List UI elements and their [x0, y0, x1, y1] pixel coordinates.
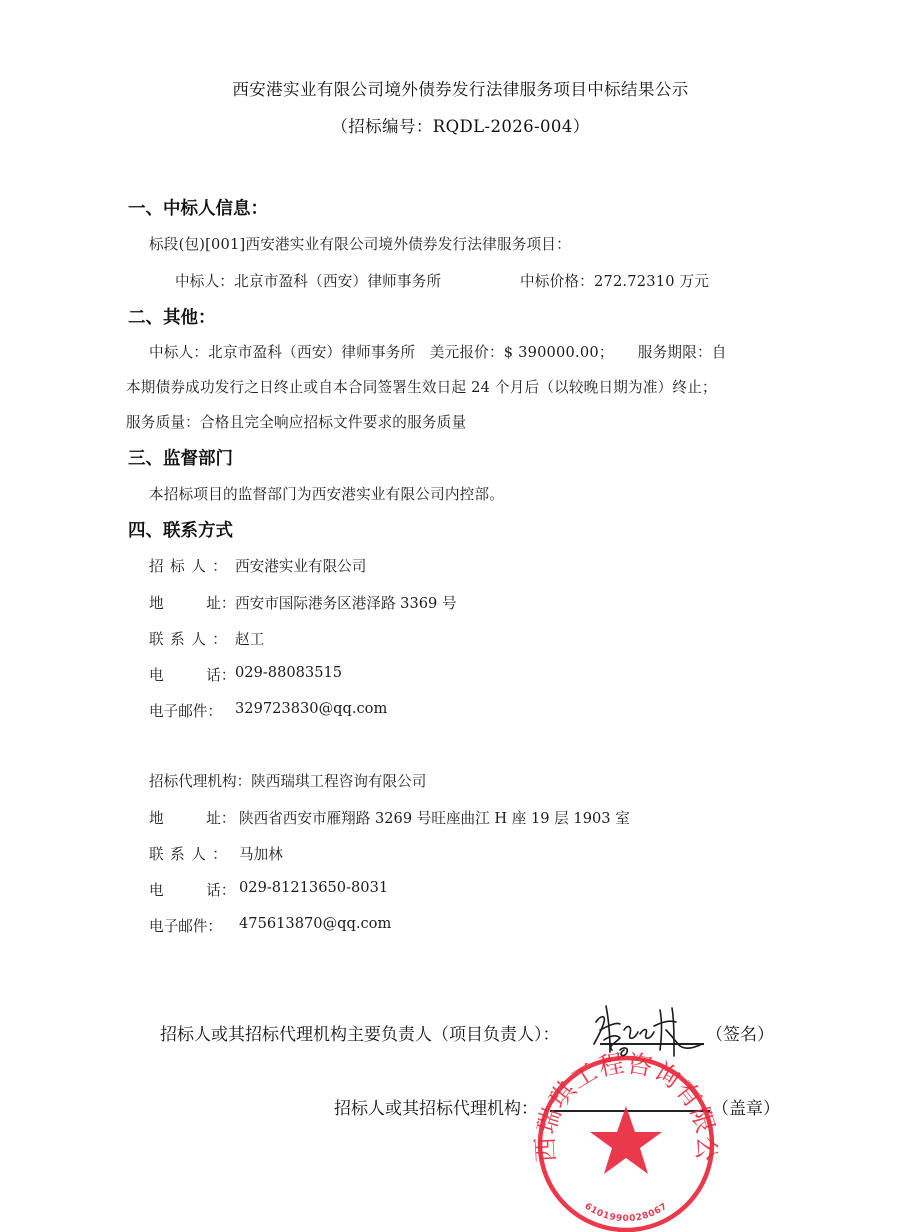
- agency-address-row: 地 址： 陕西省西安市雁翔路 3269 号旺座曲江 H 座 19 层 1903 …: [149, 807, 630, 828]
- section-heading-winner-info: 一、中标人信息：: [128, 195, 268, 220]
- seal-number: 6101990028067: [582, 1202, 669, 1225]
- signature-suffix: （签名）: [706, 1020, 774, 1045]
- agency-phone-value: 029-81213650-8031: [239, 879, 388, 900]
- section-heading-contact: 四、联系方式: [128, 517, 233, 542]
- other-line-3: 服务质量：合格且完全响应招标文件要求的服务质量: [126, 411, 466, 432]
- responsible-person-label: 招标人或其招标代理机构主要负责人（项目负责人）：: [160, 1020, 560, 1045]
- document-title: 西安港实业有限公司境外债券发行法律服务项目中标结果公示: [0, 76, 921, 100]
- seal-suffix: （盖章）: [712, 1094, 780, 1119]
- agency-seal-label: 招标人或其招标代理机构：: [334, 1094, 538, 1119]
- agency-contact-label: 联系人：: [149, 843, 239, 864]
- tenderer-email-link[interactable]: 329723830@qq.com: [235, 700, 387, 721]
- section-heading-other: 二、其他：: [128, 304, 216, 329]
- other-line-2: 本期债券成功发行之日终止或自本合同签署生效日起 24 个月后（以较晚日期为准）终…: [126, 376, 717, 397]
- winning-price: 中标价格：272.72310 万元: [520, 270, 709, 291]
- handwritten-signature-icon: [590, 1000, 710, 1060]
- agency-value: 陕西瑞琪工程咨询有限公司: [251, 770, 426, 791]
- tenderer-email-label: 电子邮件：: [149, 700, 235, 721]
- tenderer-contact-row: 联系人： 赵工: [149, 628, 264, 649]
- other-line-1: 中标人：北京市盈科（西安）律师事务所 美元报价：$ 390000.00； 服务期…: [149, 341, 727, 362]
- tenderer-contact-label: 联系人：: [149, 628, 235, 649]
- winner-name: 中标人：北京市盈科（西安）律师事务所: [175, 270, 441, 291]
- tenderer-phone-label: 电 话：: [149, 664, 235, 685]
- tenderer-address-row: 地 址： 西安市国际港务区港泽路 3369 号: [149, 592, 457, 613]
- svg-text:6101990028067: 6101990028067: [582, 1202, 669, 1225]
- agency-label: 招标代理机构：: [149, 770, 251, 791]
- agency-phone-label: 电 话：: [149, 879, 239, 900]
- supervision-body: 本招标项目的监督部门为西安港实业有限公司内控部。: [149, 483, 504, 504]
- tenderer-email-row: 电子邮件： 329723830@qq.com: [149, 700, 387, 721]
- tenderer-phone-value: 029-88083515: [235, 664, 342, 685]
- tenderer-address-value: 西安市国际港务区港泽路 3369 号: [235, 592, 457, 613]
- agency-contact-row: 联系人： 马加林: [149, 843, 283, 864]
- tenderer-row: 招标人： 西安港实业有限公司: [149, 555, 366, 576]
- tenderer-label: 招标人：: [149, 555, 235, 576]
- tenderer-phone-row: 电 话： 029-88083515: [149, 664, 342, 685]
- agency-contact-value: 马加林: [239, 843, 283, 864]
- agency-address-value: 陕西省西安市雁翔路 3269 号旺座曲江 H 座 19 层 1903 室: [239, 807, 630, 828]
- tenderer-contact-value: 赵工: [235, 628, 264, 649]
- tenderer-address-label: 地 址：: [149, 592, 235, 613]
- tenderer-value: 西安港实业有限公司: [235, 555, 366, 576]
- agency-address-label: 地 址：: [149, 807, 239, 828]
- agency-row: 招标代理机构： 陕西瑞琪工程咨询有限公司: [149, 770, 426, 791]
- agency-phone-row: 电 话： 029-81213650-8031: [149, 879, 388, 900]
- agency-email-link[interactable]: 475613870@qq.com: [239, 915, 391, 936]
- document-page: 西安港实业有限公司境外债券发行法律服务项目中标结果公示 （招标编号：RQDL-2…: [0, 0, 921, 1232]
- company-seal-icon: 陕西瑞琪工程咨询有限公司 6101990028067: [532, 1048, 720, 1232]
- tender-number: （招标编号：RQDL-2026-004）: [0, 113, 921, 137]
- section-heading-supervision: 三、监督部门: [128, 445, 233, 470]
- lot-line: 标段(包)[001]西安港实业有限公司境外债券发行法律服务项目：: [149, 233, 571, 254]
- agency-email-label: 电子邮件：: [149, 915, 239, 936]
- agency-email-row: 电子邮件： 475613870@qq.com: [149, 915, 391, 936]
